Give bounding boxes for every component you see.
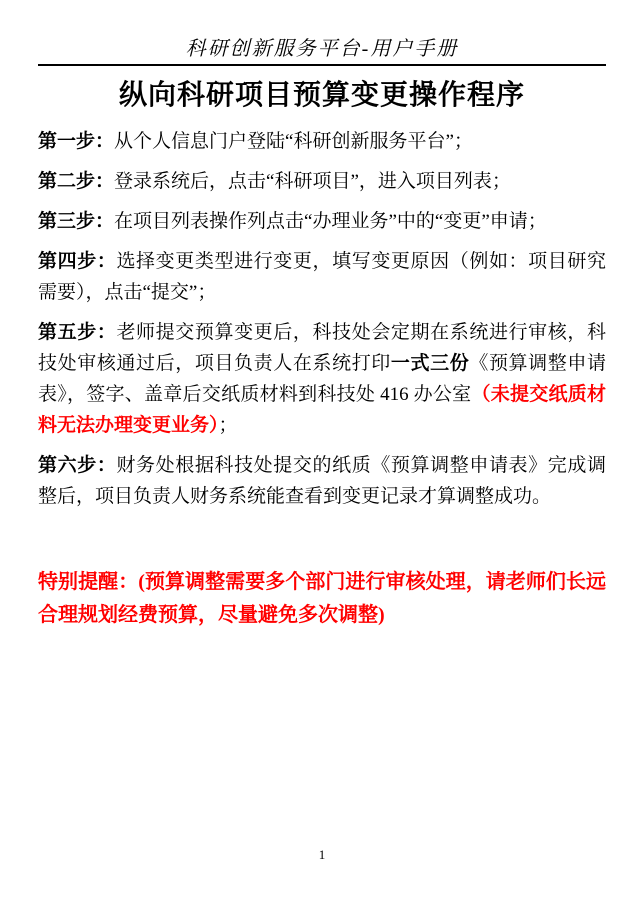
page-title: 纵向科研项目预算变更操作程序 [38, 73, 606, 113]
step-3-label: 第三步： [38, 211, 114, 232]
step-2-label: 第二步： [38, 171, 114, 192]
step-4-text: 选择变更类型进行变更，填写变更原因（例如：项目研究需要），点击“提交”； [38, 251, 606, 303]
step-3-paragraph: 第三步：在项目列表操作列点击“办理业务”中的“变更”申请； [38, 206, 606, 237]
special-reminder: 特别提醒：(预算调整需要多个部门进行审核处理，请老师们长远合理规划经费预算，尽量… [38, 566, 606, 632]
step-1-text: 从个人信息门户登陆“科研创新服务平台”； [114, 131, 473, 152]
step-5-text-post: ； [219, 415, 238, 436]
step-2-text: 登录系统后，点击“科研项目”，进入项目列表； [114, 171, 511, 192]
step-3-text: 在项目列表操作列点击“办理业务”中的“变更”申请； [114, 211, 547, 232]
step-5-paragraph: 第五步：老师提交预算变更后，科技处会定期在系统进行审核，科技处审核通过后，项目负… [38, 317, 606, 441]
step-6-paragraph: 第六步：财务处根据科技处提交的纸质《预算调整申请表》完成调整后，项目负责人财务系… [38, 450, 606, 512]
special-reminder-label: 特别提醒： [38, 571, 138, 593]
step-6-text: 财务处根据科技处提交的纸质《预算调整申请表》完成调整后，项目负责人财务系统能查看… [38, 455, 606, 507]
step-4-paragraph: 第四步：选择变更类型进行变更，填写变更原因（例如：项目研究需要），点击“提交”； [38, 246, 606, 308]
step-5-label: 第五步： [38, 322, 116, 343]
step-4-label: 第四步： [38, 251, 116, 272]
step-6-label: 第六步： [38, 455, 116, 476]
step-2-paragraph: 第二步：登录系统后，点击“科研项目”，进入项目列表； [38, 166, 606, 197]
page-number: 1 [0, 847, 644, 863]
step-5-bold-copies: 一式三份 [391, 353, 469, 374]
header-title: 科研创新服务平台-用户手册 [38, 32, 606, 61]
step-1-paragraph: 第一步：从个人信息门户登陆“科研创新服务平台”； [38, 126, 606, 157]
step-1-label: 第一步： [38, 131, 114, 152]
document-page: 科研创新服务平台-用户手册 纵向科研项目预算变更操作程序 第一步：从个人信息门户… [0, 0, 644, 909]
page-header: 科研创新服务平台-用户手册 [38, 32, 606, 66]
